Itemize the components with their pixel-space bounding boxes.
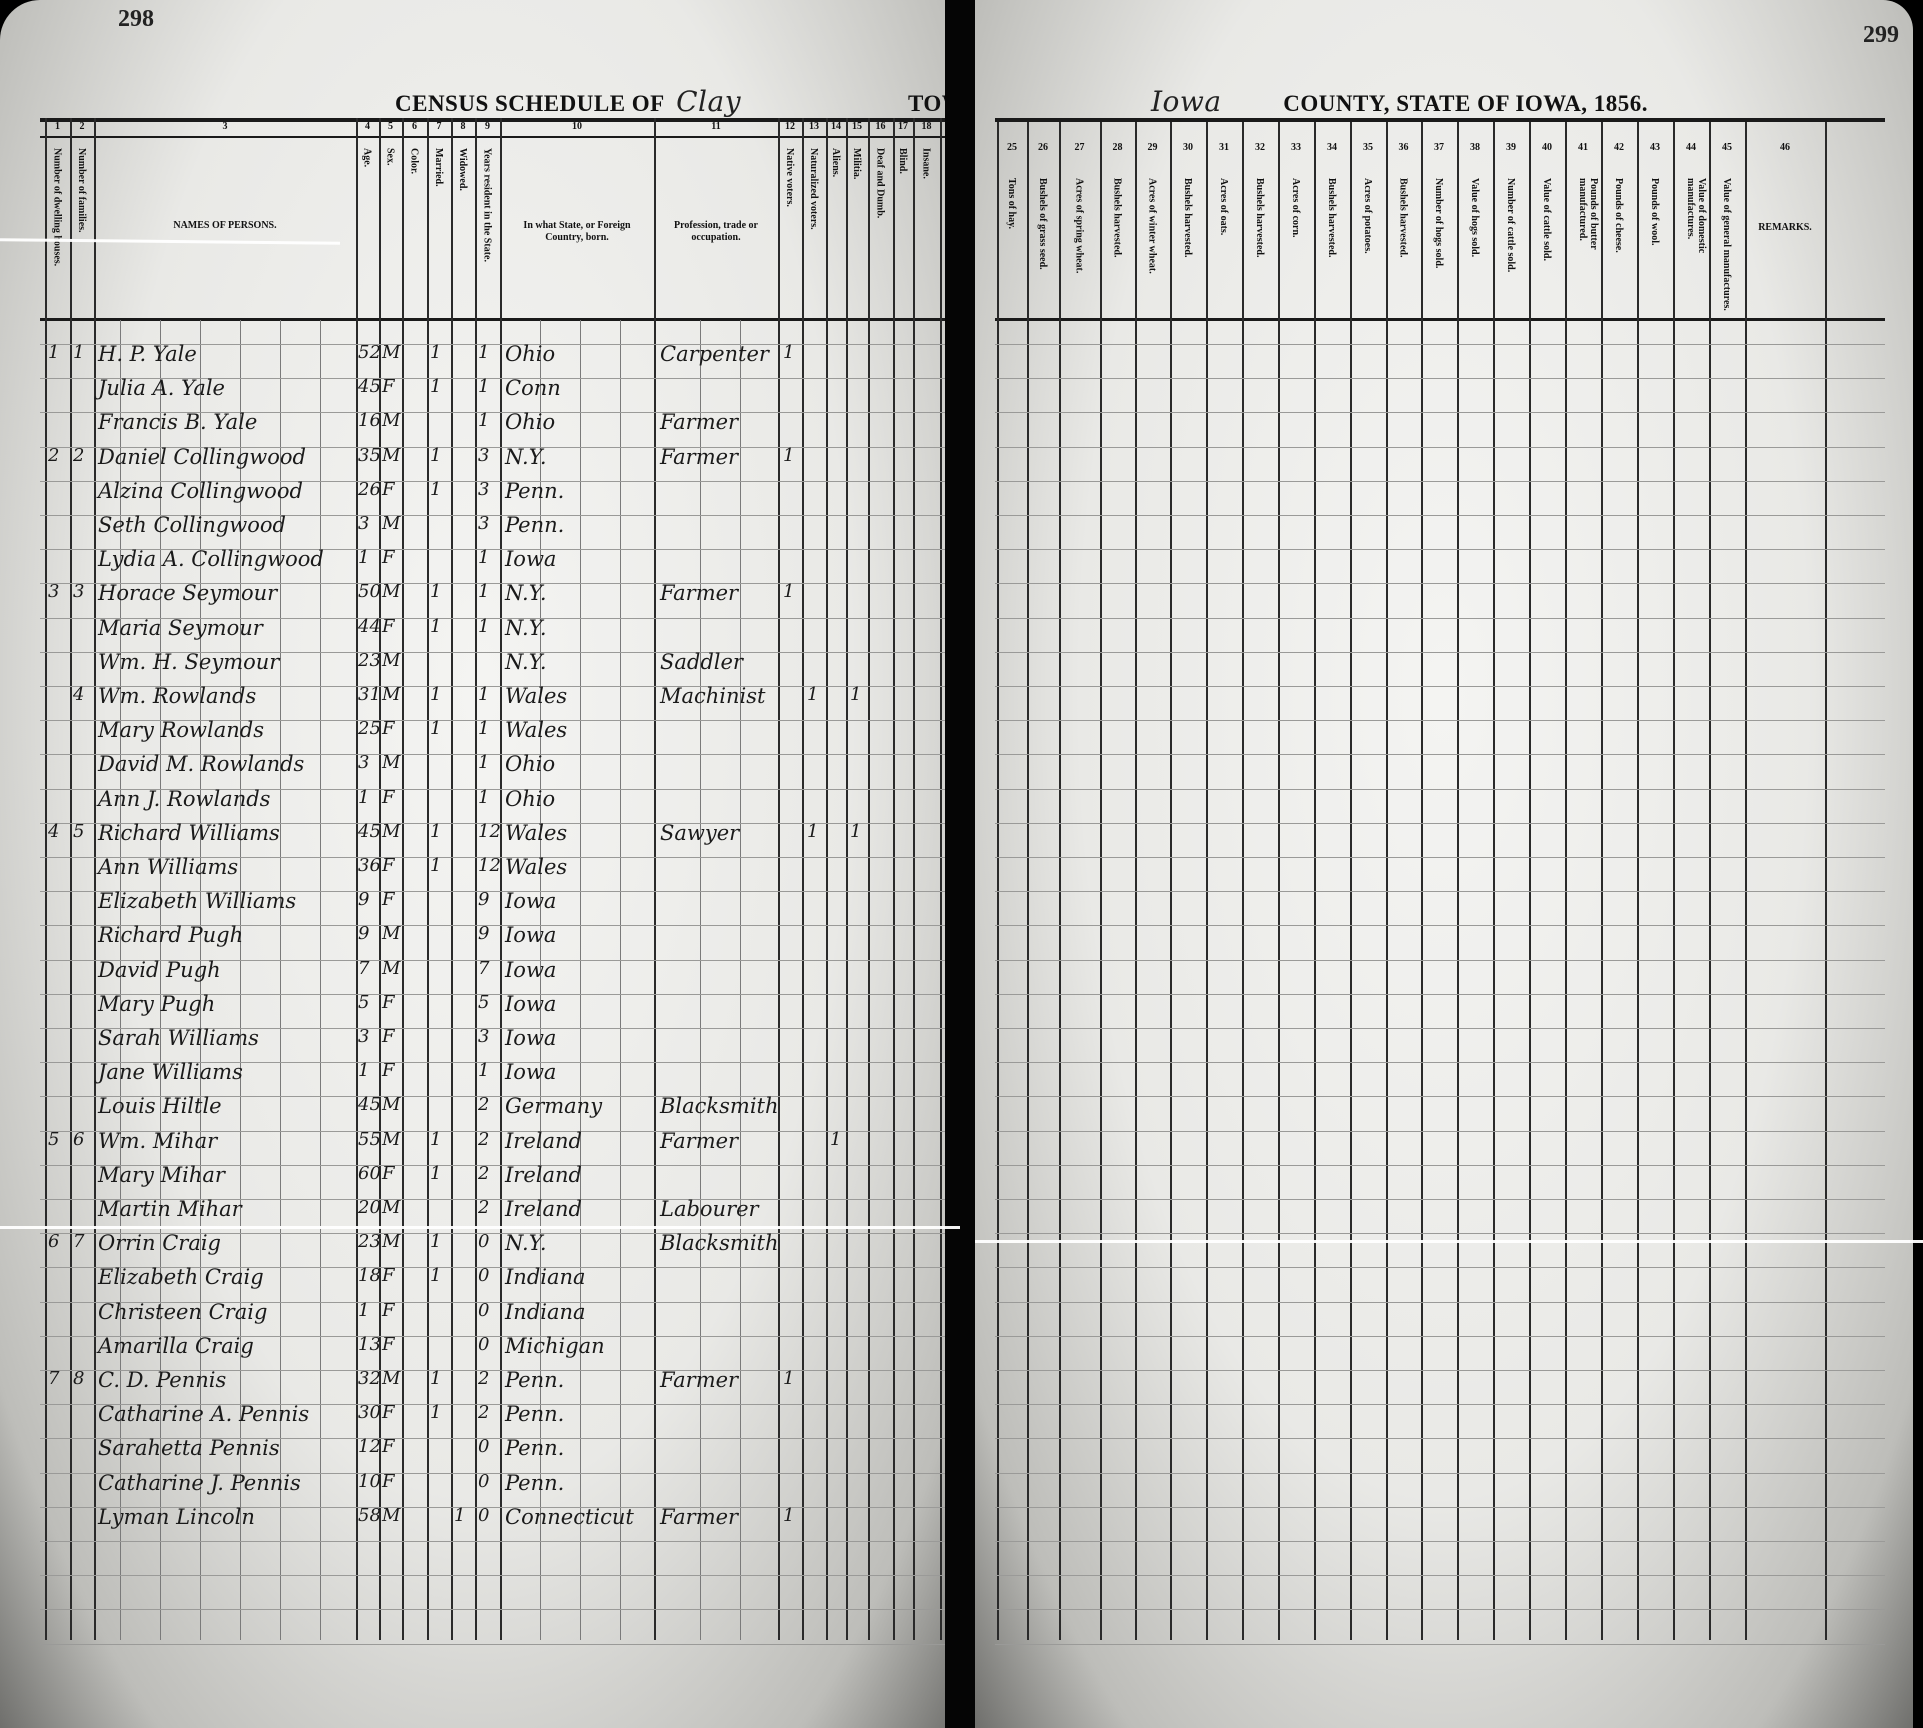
column-divider [1825, 122, 1827, 1640]
county-name: Iowa [1145, 85, 1277, 120]
entry-name: Lyman Lincoln [98, 1505, 255, 1529]
entry-family: 8 [73, 1368, 84, 1389]
column-number: 9 [475, 121, 500, 132]
entry-age: 31 [358, 684, 381, 705]
entry-birthplace: N.Y. [505, 445, 547, 469]
column-divider [1745, 122, 1747, 1640]
entry-birthplace: Ohio [505, 752, 555, 776]
entry-name: Richard Pugh [98, 923, 243, 947]
entry-family: 6 [73, 1129, 84, 1150]
entry-age: 1 [358, 1300, 369, 1321]
entry-birthplace: Wales [505, 718, 567, 742]
entry-sex: M [382, 650, 400, 671]
entry-name: Maria Seymour [98, 616, 263, 640]
ruling-line [700, 320, 701, 1640]
column-header: Pounds of butter manufactured. [1577, 178, 1599, 313]
column-divider [1565, 122, 1567, 1640]
entry-name: Sarah Williams [98, 1026, 259, 1050]
entry-years: 2 [478, 1129, 489, 1150]
column-header: Age. [362, 148, 373, 313]
entry-native-voter: 1 [783, 1505, 794, 1526]
entry-native-voter: 1 [783, 581, 794, 602]
entry-age: 1 [358, 787, 369, 808]
column-divider [1027, 122, 1029, 1640]
entry-birthplace: Ireland [505, 1163, 582, 1187]
entry-occupation: Farmer [660, 581, 738, 605]
column-header: Number of dwelling houses. [52, 148, 63, 313]
entry-birthplace: Wales [505, 821, 567, 845]
column-divider [802, 118, 804, 1640]
entry-age: 1 [358, 1060, 369, 1081]
entry-years: 1 [478, 376, 489, 397]
entry-years: 1 [478, 616, 489, 637]
entry-name: Mary Pugh [98, 992, 215, 1016]
header-rule-numbers [40, 136, 945, 138]
column-number: 32 [1242, 142, 1278, 153]
column-header: Naturalized voters. [808, 148, 819, 313]
row-ruling [995, 960, 1885, 961]
column-divider [846, 118, 848, 1640]
row-ruling [995, 1131, 1885, 1132]
entry-sex: F [382, 1265, 395, 1286]
ruling-line [740, 320, 741, 1640]
entry-years: 12 [478, 855, 501, 876]
entry-name: Ann J. Rowlands [98, 787, 270, 811]
entry-name: H. P. Yale [98, 342, 197, 366]
row-ruling [995, 1507, 1885, 1508]
column-header: Color. [409, 148, 420, 313]
entry-sex: F [382, 1163, 395, 1184]
row-ruling [995, 1404, 1885, 1405]
column-divider [1709, 122, 1711, 1640]
entry-years: 0 [478, 1231, 489, 1252]
entry-age: 18 [358, 1265, 381, 1286]
column-number: 14 [826, 121, 846, 132]
entry-birthplace: Ohio [505, 410, 555, 434]
entry-sex: F [382, 992, 395, 1013]
row-ruling [995, 412, 1885, 413]
entry-occupation: Farmer [660, 445, 738, 469]
entry-name: Elizabeth Craig [98, 1265, 264, 1289]
row-ruling [995, 583, 1885, 584]
entry-married: 1 [430, 376, 441, 397]
entry-family: 5 [73, 821, 84, 842]
entry-years: 3 [478, 513, 489, 534]
entry-dwelling: 1 [48, 342, 59, 363]
column-number: 38 [1457, 142, 1493, 153]
column-divider [997, 122, 999, 1640]
entry-married: 1 [430, 821, 441, 842]
column-divider [94, 118, 96, 1640]
column-number: 2 [70, 121, 94, 132]
column-number: 7 [427, 121, 451, 132]
column-header: Value of hogs sold. [1469, 178, 1480, 313]
entry-birthplace: Penn. [505, 513, 564, 537]
row-ruling [995, 515, 1885, 516]
row-ruling [40, 1609, 945, 1610]
column-divider [1135, 122, 1137, 1640]
column-header: Blind. [897, 148, 908, 313]
column-number: 13 [802, 121, 826, 132]
entry-birthplace: Connecticut [505, 1505, 634, 1529]
entry-occupation: Machinist [660, 684, 765, 708]
column-number: 26 [1027, 142, 1059, 153]
column-header: Profession, trade or occupation. [658, 220, 774, 244]
entry-sex: F [382, 1436, 395, 1457]
entry-occupation: Blacksmith [660, 1231, 779, 1255]
entry-name: Sarahetta Pennis [98, 1436, 280, 1460]
entry-sex: F [382, 1060, 395, 1081]
entry-birthplace: N.Y. [505, 1231, 547, 1255]
column-divider [913, 118, 915, 1640]
column-divider [1278, 122, 1280, 1640]
row-ruling [995, 1609, 1885, 1610]
column-header: Militia. [851, 148, 862, 313]
entry-birthplace: Iowa [505, 1026, 556, 1050]
entry-age: 3 [358, 513, 369, 534]
entry-married: 1 [430, 684, 441, 705]
entry-native-voter: 1 [783, 445, 794, 466]
column-header: Years resident in the State. [482, 148, 493, 313]
column-divider [427, 118, 429, 1640]
column-divider [1457, 122, 1459, 1640]
column-number: 44 [1673, 142, 1709, 153]
row-ruling [995, 1370, 1885, 1371]
entry-name: Catharine J. Pennis [98, 1471, 301, 1495]
entry-sex: F [382, 889, 395, 910]
header-rule-top [995, 118, 1885, 122]
column-divider [1637, 122, 1639, 1640]
entry-sex: M [382, 513, 400, 534]
column-divider [1529, 122, 1531, 1640]
entry-name: Julia A. Yale [98, 376, 225, 400]
entry-sex: M [382, 1197, 400, 1218]
column-divider [1350, 122, 1352, 1640]
entry-age: 9 [358, 923, 369, 944]
entry-name: Richard Williams [98, 821, 280, 845]
row-ruling [995, 1575, 1885, 1576]
entry-birthplace: Ohio [505, 342, 555, 366]
column-number: 17 [893, 121, 913, 132]
entry-alien: 1 [830, 1129, 841, 1150]
entry-married: 1 [430, 1265, 441, 1286]
entry-years: 0 [478, 1436, 489, 1457]
entry-age: 9 [358, 889, 369, 910]
entry-sex: F [382, 1300, 395, 1321]
entry-name: Francis B. Yale [98, 410, 257, 434]
entry-sex: M [382, 342, 400, 363]
row-ruling [995, 891, 1885, 892]
entry-age: 58 [358, 1505, 381, 1526]
column-number: 25 [997, 142, 1027, 153]
row-ruling [995, 447, 1885, 448]
entry-name: Wm. Mihar [98, 1129, 217, 1153]
column-header: Native voters. [784, 148, 795, 313]
entry-married: 1 [430, 1231, 441, 1252]
entry-age: 23 [358, 650, 381, 671]
entry-age: 45 [358, 376, 381, 397]
row-ruling [995, 686, 1885, 687]
entry-name: Orrin Craig [98, 1231, 221, 1255]
entry-married: 1 [430, 1163, 441, 1184]
column-number: 6 [402, 121, 427, 132]
entry-sex: M [382, 1129, 400, 1150]
column-header: Insane. [921, 148, 932, 313]
entry-age: 30 [358, 1402, 381, 1423]
column-number: 31 [1206, 142, 1242, 153]
column-number: 1 [45, 121, 70, 132]
entry-age: 52 [358, 342, 381, 363]
page-number-left: 298 [118, 6, 154, 33]
entry-birthplace: N.Y. [505, 650, 547, 674]
row-ruling [995, 652, 1885, 653]
entry-dwelling: 3 [48, 581, 59, 602]
row-ruling [40, 1541, 945, 1542]
column-divider [940, 118, 942, 1640]
entry-family: 3 [73, 581, 84, 602]
census-title-right: Iowa COUNTY, STATE OF IOWA, 1856. [1145, 85, 1648, 120]
column-number: 37 [1421, 142, 1457, 153]
entry-name: C. D. Pennis [98, 1368, 226, 1392]
entry-militia: 1 [850, 684, 861, 705]
column-number: 5 [379, 121, 402, 132]
row-ruling [995, 1199, 1885, 1200]
entry-sex: M [382, 445, 400, 466]
entry-years: 0 [478, 1471, 489, 1492]
row-ruling [995, 1096, 1885, 1097]
entry-birthplace: N.Y. [505, 616, 547, 640]
column-divider [1601, 122, 1603, 1640]
entry-age: 23 [358, 1231, 381, 1252]
entry-married: 1 [430, 718, 441, 739]
entry-name: Jane Williams [98, 1060, 243, 1084]
entry-age: 60 [358, 1163, 381, 1184]
column-number: 15 [846, 121, 868, 132]
row-ruling [995, 994, 1885, 995]
ruling-line [320, 320, 321, 1640]
column-divider [1421, 122, 1423, 1640]
entry-years: 9 [478, 889, 489, 910]
title-prefix: CENSUS SCHEDULE OF [395, 91, 664, 116]
entry-occupation: Farmer [660, 410, 738, 434]
entry-name: David M. Rowlands [98, 752, 304, 776]
census-spread: 298 CENSUS SCHEDULE OF Clay TOWNSHIP, 1N… [0, 0, 1923, 1728]
entry-dwelling: 5 [48, 1129, 59, 1150]
column-header: Acres of winter wheat. [1147, 178, 1158, 313]
column-number: 30 [1170, 142, 1206, 153]
row-ruling [995, 549, 1885, 550]
entry-years: 0 [478, 1334, 489, 1355]
entry-family: 2 [73, 445, 84, 466]
entry-birthplace: Penn. [505, 1368, 564, 1392]
entry-sex: M [382, 1231, 400, 1252]
column-number: 18 [913, 121, 940, 132]
entry-years: 2 [478, 1197, 489, 1218]
entry-sex: M [382, 958, 400, 979]
entry-age: 44 [358, 616, 381, 637]
column-number: 12 [778, 121, 802, 132]
column-divider [868, 118, 870, 1640]
entry-sex: M [382, 581, 400, 602]
column-header: Bushels harvested. [1112, 178, 1123, 313]
scan-crease [975, 1240, 1923, 1243]
entry-native-voter: 1 [783, 342, 794, 363]
entry-age: 20 [358, 1197, 381, 1218]
entry-birthplace: Iowa [505, 889, 556, 913]
entry-age: 50 [358, 581, 381, 602]
row-ruling [995, 1541, 1885, 1542]
entry-occupation: Carpenter [660, 342, 769, 366]
column-header: Number of families. [76, 148, 87, 313]
row-ruling [995, 378, 1885, 379]
entry-name: Mary Mihar [98, 1163, 225, 1187]
column-header: Bushels harvested. [1326, 178, 1337, 313]
entry-age: 25 [358, 718, 381, 739]
entry-years: 3 [478, 479, 489, 500]
column-divider [778, 118, 780, 1640]
entry-dwelling: 4 [48, 821, 59, 842]
column-divider [475, 118, 477, 1640]
entry-occupation: Saddler [660, 650, 743, 674]
book-gutter [945, 0, 977, 1728]
entry-years: 12 [478, 821, 501, 842]
entry-birthplace: Wales [505, 684, 567, 708]
entry-married: 1 [430, 342, 441, 363]
entry-age: 45 [358, 821, 381, 842]
row-ruling [40, 1644, 945, 1645]
entry-sex: M [382, 821, 400, 842]
entry-occupation: Farmer [660, 1129, 738, 1153]
entry-birthplace: Iowa [505, 923, 556, 947]
column-number: 36 [1386, 142, 1421, 153]
column-number: 35 [1350, 142, 1386, 153]
entry-sex: F [382, 376, 395, 397]
title-suffix: COUNTY, STATE OF IOWA, 1856. [1283, 91, 1648, 116]
column-header: Bushels of grass seed. [1037, 178, 1048, 313]
entry-age: 26 [358, 479, 381, 500]
column-header: In what State, or Foreign Country, born. [504, 220, 650, 244]
census-title-left: CENSUS SCHEDULE OF Clay TOWNSHIP, [395, 85, 960, 120]
left-page: 298 CENSUS SCHEDULE OF Clay TOWNSHIP, 1N… [0, 0, 960, 1728]
column-number: 41 [1565, 142, 1601, 153]
entry-name: Wm. Rowlands [98, 684, 256, 708]
entry-years: 3 [478, 445, 489, 466]
entry-sex: M [382, 1505, 400, 1526]
entry-dwelling: 7 [48, 1368, 59, 1389]
entry-age: 45 [358, 1094, 381, 1115]
entry-married: 1 [430, 581, 441, 602]
column-divider [70, 118, 72, 1640]
header-rule-bottom [995, 318, 1885, 321]
row-ruling [995, 720, 1885, 721]
column-header: Acres of spring wheat. [1074, 178, 1085, 313]
column-number: 8 [451, 121, 475, 132]
township-name: Clay [670, 85, 902, 120]
entry-age: 3 [358, 752, 369, 773]
column-number: 33 [1278, 142, 1314, 153]
column-divider [654, 118, 656, 1640]
entry-sex: M [382, 752, 400, 773]
column-number: 29 [1135, 142, 1170, 153]
entry-age: 32 [358, 1368, 381, 1389]
entry-age: 3 [358, 1026, 369, 1047]
row-ruling [995, 1644, 1885, 1645]
column-header: Widowed. [457, 148, 468, 313]
entry-sex: M [382, 923, 400, 944]
entry-sex: M [382, 684, 400, 705]
column-header: Number of hogs sold. [1433, 178, 1444, 313]
row-ruling [40, 1575, 945, 1576]
entry-name: Martin Mihar [98, 1197, 242, 1221]
entry-occupation: Sawyer [660, 821, 739, 845]
entry-sex: F [382, 1026, 395, 1047]
entry-birthplace: Iowa [505, 992, 556, 1016]
entry-name: Catharine A. Pennis [98, 1402, 309, 1426]
column-header: Married. [433, 148, 444, 313]
entry-sex: F [382, 1334, 395, 1355]
entry-sex: F [382, 616, 395, 637]
row-ruling [995, 1028, 1885, 1029]
column-header: Pounds of wool. [1649, 178, 1660, 313]
entry-sex: M [382, 410, 400, 431]
column-header: Aliens. [830, 148, 841, 313]
entry-sex: F [382, 479, 395, 500]
entry-years: 0 [478, 1300, 489, 1321]
entry-native-voter: 1 [783, 1368, 794, 1389]
entry-birthplace: Penn. [505, 479, 564, 503]
entry-dwelling: 6 [48, 1231, 59, 1252]
entry-years: 9 [478, 923, 489, 944]
entry-years: 1 [478, 342, 489, 363]
entry-married: 1 [430, 479, 441, 500]
entry-sex: F [382, 718, 395, 739]
row-ruling [995, 925, 1885, 926]
entry-birthplace: N.Y. [505, 581, 547, 605]
entry-years: 0 [478, 1265, 489, 1286]
entry-name: Amarilla Craig [98, 1334, 254, 1358]
entry-birthplace: Indiana [505, 1300, 586, 1324]
entry-name: David Pugh [98, 958, 221, 982]
entry-name: Mary Rowlands [98, 718, 264, 742]
column-divider [1493, 122, 1495, 1640]
column-header: Value of cattle sold. [1541, 178, 1552, 313]
header-rule-bottom [40, 318, 945, 321]
row-ruling [995, 789, 1885, 790]
column-divider [451, 118, 453, 1640]
column-header: Sex. [385, 148, 396, 313]
column-divider [1206, 122, 1208, 1640]
entry-age: 16 [358, 410, 381, 431]
row-ruling [995, 754, 1885, 755]
entry-occupation: Labourer [660, 1197, 759, 1221]
column-number: 46 [1745, 142, 1825, 153]
entry-married: 1 [430, 855, 441, 876]
entry-years: 1 [478, 752, 489, 773]
entry-age: 10 [358, 1471, 381, 1492]
column-number: 10 [500, 121, 654, 132]
entry-years: 2 [478, 1163, 489, 1184]
entry-years: 2 [478, 1368, 489, 1389]
entry-sex: F [382, 787, 395, 808]
column-divider [1386, 122, 1388, 1640]
column-divider [893, 118, 895, 1640]
entry-age: 35 [358, 445, 381, 466]
row-ruling [995, 481, 1885, 482]
entry-birthplace: Germany [505, 1094, 602, 1118]
row-ruling [995, 1233, 1885, 1234]
entry-birthplace: Ohio [505, 787, 555, 811]
entry-occupation: Farmer [660, 1505, 738, 1529]
